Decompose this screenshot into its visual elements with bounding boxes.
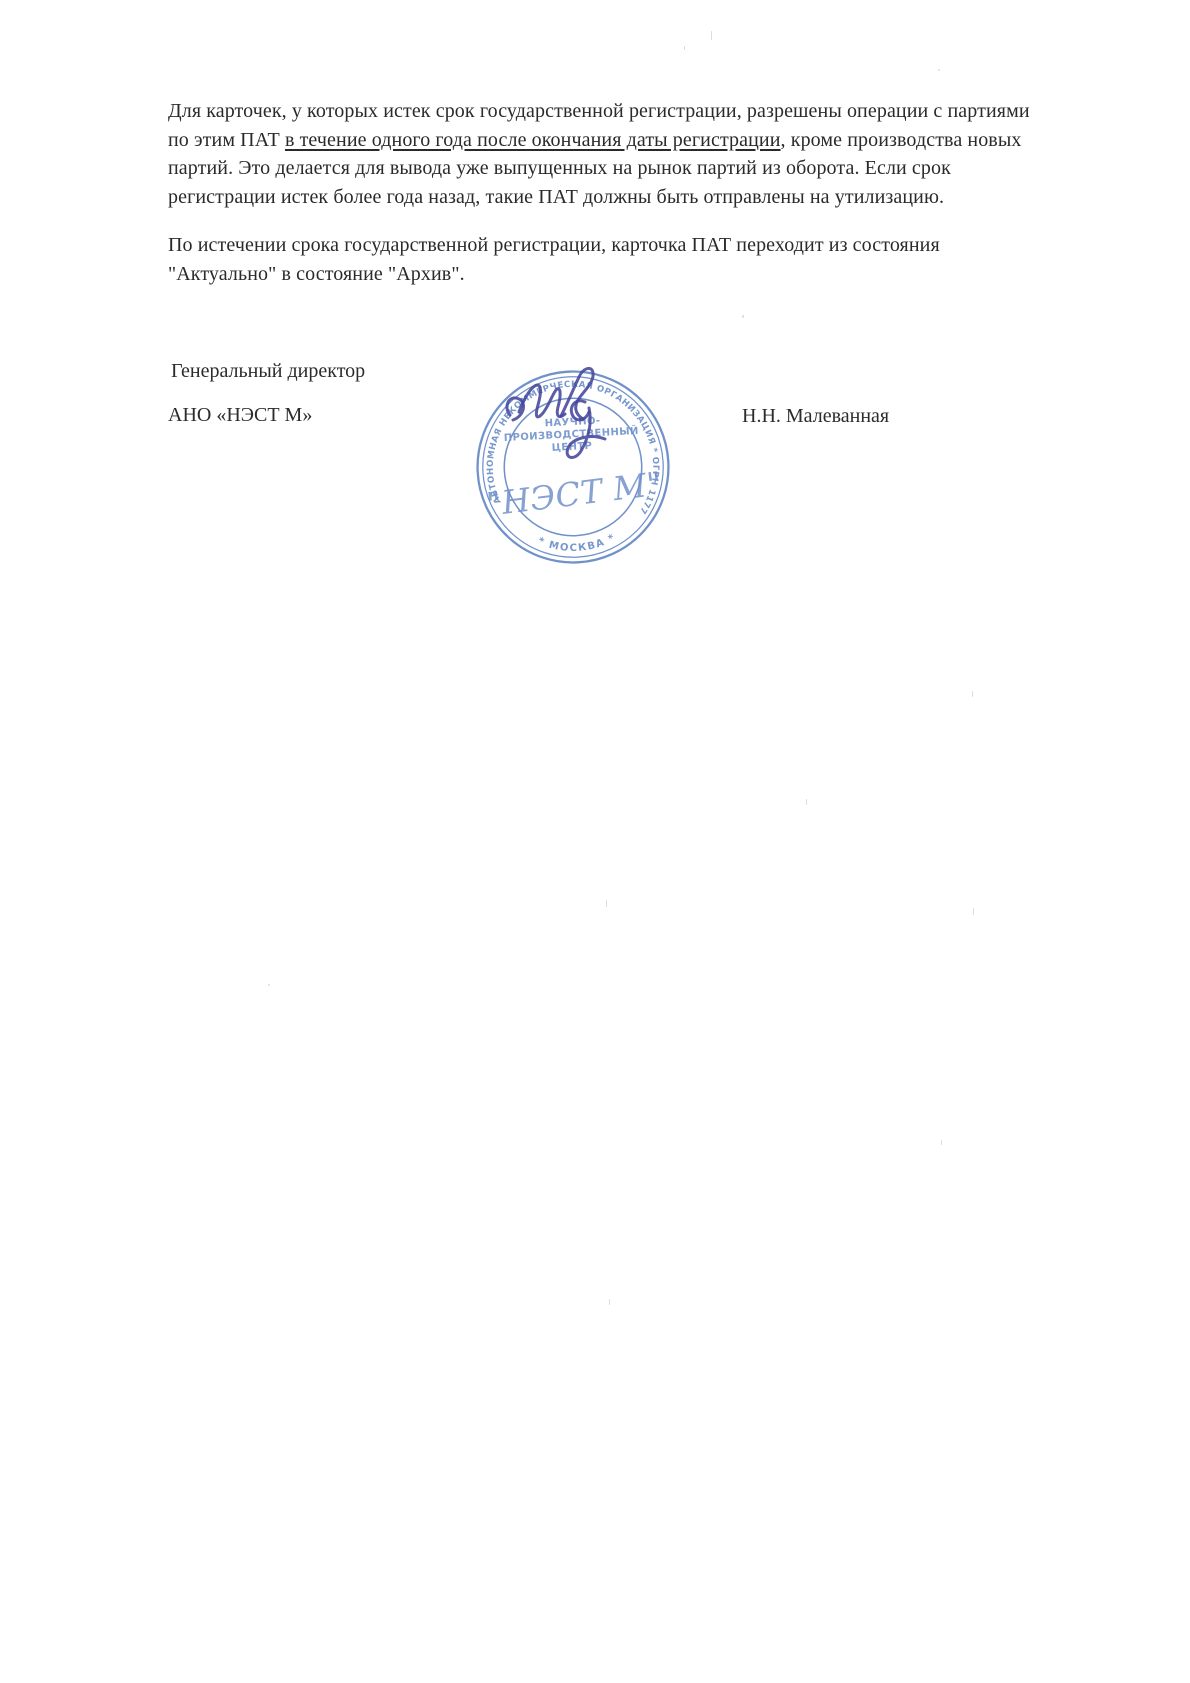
scan-artifact [941, 1140, 942, 1145]
scan-artifact [938, 69, 940, 71]
paragraph-state-transition: По истечении срока государственной регис… [168, 231, 1036, 288]
scan-artifact [711, 31, 712, 40]
scan-artifact [606, 900, 607, 907]
signature-stroke [519, 385, 565, 417]
scan-artifact [684, 46, 685, 50]
handwritten-signature [500, 363, 630, 473]
document-body: Для карточек, у которых истек срок госуд… [168, 97, 1036, 288]
scan-artifact [806, 799, 807, 805]
paragraph-registration-expiry: Для карточек, у которых истек срок госуд… [168, 97, 1036, 211]
signer-organization: АНО «НЭСТ М» [168, 402, 312, 428]
underlined-phrase: в течение одного года после окончания да… [285, 129, 781, 151]
stamp-org-name: "НЭСТ М" [484, 465, 664, 524]
scan-artifact [609, 1299, 610, 1305]
scan-artifact [268, 984, 270, 986]
scan-artifact [742, 315, 744, 318]
signer-title: Генеральный директор [171, 358, 365, 384]
scan-artifact [972, 691, 973, 697]
signer-name: Н.Н. Малеванная [742, 403, 889, 429]
scan-artifact [973, 908, 974, 915]
scanned-document-page: Для карточек, у которых истек срок госуд… [0, 0, 1190, 1683]
